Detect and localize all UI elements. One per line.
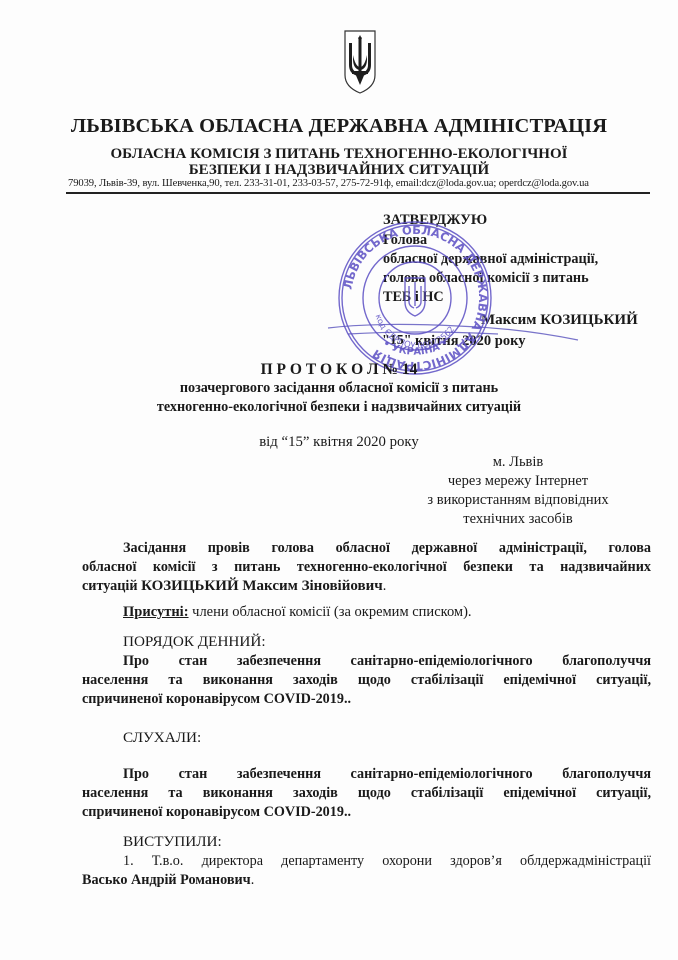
protocol-date: від “15” квітня 2020 року: [0, 434, 678, 451]
spoke-paragraph: 1. Т.в.о. директора департаменту охорони…: [117, 852, 651, 890]
approval-line3: голова обласної комісії з питань: [383, 270, 589, 287]
chair-name: КОЗИЦЬКИЙ Максим Зіновійович: [141, 578, 383, 594]
heard-line: Про стан забезпечення санітарно-епідеміо…: [117, 765, 651, 784]
document-page: ЛЬВІВСЬКА ОБЛАСНА ДЕРЖАВНА АДМІНІСТРАЦІЯ…: [0, 0, 678, 960]
contact-address: 79039, Львів-39, вул. Шевченка,90, тел. …: [68, 178, 589, 189]
signature-mark: [318, 300, 608, 360]
commission-name-line2: БЕЗПЕКИ І НАДЗВИЧАЙНИХ СИТУАЦІЙ: [0, 162, 678, 179]
location-line3: технічних засобів: [418, 511, 618, 528]
protocol-title: П Р О Т О К О Л № 14: [0, 361, 678, 379]
agenda-line: спричиненої коронавірусом COVID-2019..: [82, 690, 651, 709]
spoke-line: 1. Т.в.о. директора департаменту охорони…: [117, 852, 651, 871]
commission-name-line1: ОБЛАСНА КОМІСІЯ З ПИТАНЬ ТЕХНОГЕННО-ЕКОЛ…: [0, 146, 678, 163]
spoke-name: Васько Андрій Романович: [82, 872, 251, 888]
agenda-heading: ПОРЯДОК ДЕННИЙ:: [123, 633, 266, 651]
present-label: Присутні:: [123, 604, 189, 620]
protocol-subtitle-line1: позачергового засідання обласної комісії…: [0, 380, 678, 397]
chair-paragraph: Засідання провів голова обласної державн…: [117, 539, 651, 596]
agenda-line: населення та виконання заходів щодо стаб…: [82, 671, 651, 690]
header-divider: [66, 192, 650, 194]
approval-heading: ЗАТВЕРДЖУЮ: [383, 212, 487, 229]
heard-heading: СЛУХАЛИ:: [123, 729, 201, 747]
approval-date-day: "15": [382, 333, 412, 349]
approval-line1: Голова: [383, 232, 427, 249]
approval-line4: ТЕБ і НС: [383, 289, 444, 306]
approval-line2: обласної державної адміністрації,: [383, 251, 598, 268]
location-line1: через мережу Інтернет: [418, 473, 618, 490]
spoke-end: .: [251, 872, 255, 888]
protocol-subtitle-line2: техногенно-екологічної безпеки і надзвич…: [0, 399, 678, 416]
trident-emblem-icon: [343, 29, 377, 95]
chair-end: .: [383, 578, 387, 594]
heard-line: населення та виконання заходів щодо стаб…: [82, 784, 651, 803]
heard-line: спричиненої коронавірусом COVID-2019..: [82, 803, 651, 822]
present-line: Присутні: члени обласної комісії (за окр…: [123, 604, 472, 621]
agenda-paragraph: Про стан забезпечення санітарно-епідеміо…: [117, 652, 651, 709]
organization-name: ЛЬВІВСЬКА ОБЛАСНА ДЕРЖАВНА АДМІНІСТРАЦІЯ: [0, 115, 678, 138]
chair-line-prefix: ситуацій: [82, 578, 141, 594]
approval-signatory: Максим КОЗИЦЬКИЙ: [481, 312, 638, 329]
agenda-line: Про стан забезпечення санітарно-епідеміо…: [117, 652, 651, 671]
approval-date: квітня 2020 року: [415, 333, 526, 350]
heard-paragraph: Про стан забезпечення санітарно-епідеміо…: [117, 765, 651, 822]
spoke-heading: ВИСТУПИЛИ:: [123, 833, 222, 851]
location-line2: з використанням відповідних: [408, 492, 628, 509]
chair-line: обласної комісії з питань техногенно-еко…: [82, 558, 651, 577]
location-city: м. Львів: [438, 454, 598, 471]
present-text: члени обласної комісії (за окремим списк…: [189, 604, 472, 620]
chair-line: Засідання провів голова обласної державн…: [117, 539, 651, 558]
